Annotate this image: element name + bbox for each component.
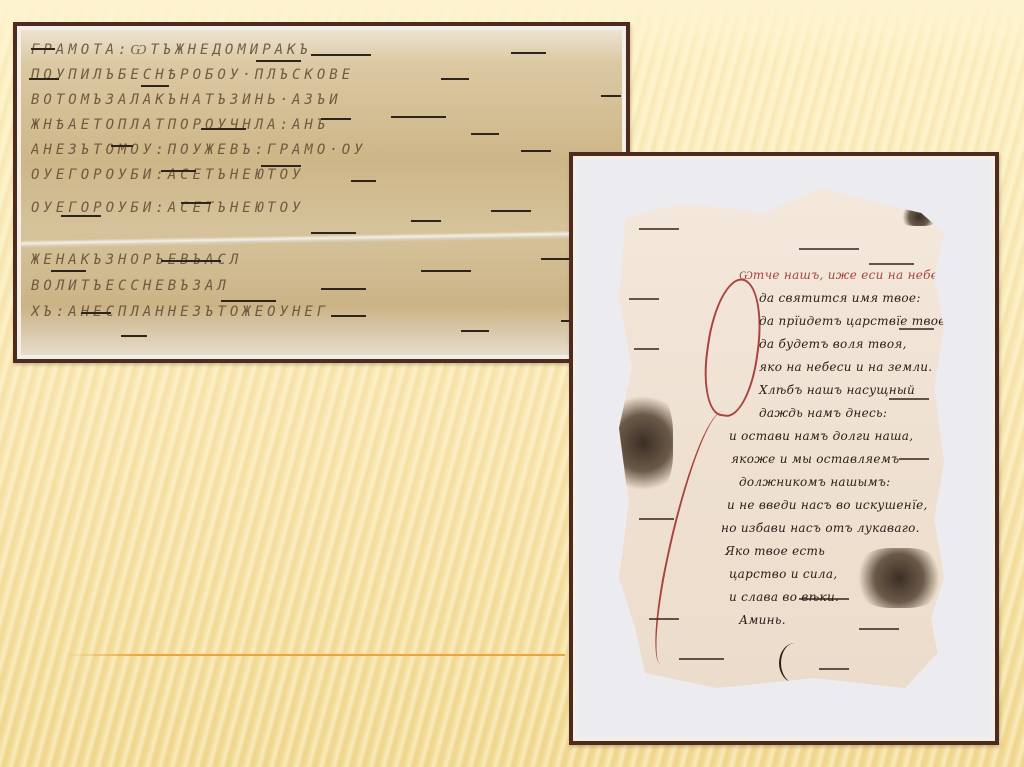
calligraphy-birch-bark-photo: Ѡтче нашъ, иже еси на небесѣхъ! да святи… (577, 160, 991, 737)
bark-text-line: ПОУПИЛЪБЕСНѢРОБОУ·ПЛЪСКОВЕ (31, 67, 612, 81)
manuscript-line: да прїидетъ царствїе твое: (759, 314, 950, 328)
manuscript-line: даждь намъ днесь: (759, 406, 887, 420)
manuscript-line: царство и сила, (729, 567, 837, 581)
bark-knot (854, 548, 944, 608)
ancient-birch-bark-photo-frame: ГРАМОТА:ѠТЪЖНЕДОМИРАКЪ ПОУПИЛЪБЕСНѢРОБОУ… (13, 22, 630, 363)
bark-knot (613, 388, 673, 498)
manuscript-line: Ѡтче нашъ, иже еси на небесѣхъ! (739, 268, 977, 283)
manuscript-line: да будетъ воля твоя, (759, 337, 907, 351)
presentation-slide: ГРАМОТА:ѠТЪЖНЕДОМИРАКЪ ПОУПИЛЪБЕСНѢРОБОУ… (0, 0, 1024, 767)
manuscript-line: но избави насъ отъ лукаваго. (721, 521, 920, 535)
birch-bark-sheet: Ѡтче нашъ, иже еси на небесѣхъ! да святи… (619, 188, 944, 688)
manuscript-line: и слава во вѣки. (729, 590, 839, 604)
accent-horizontal-rule (65, 654, 565, 656)
manuscript-line: якоже и мы оставляемъ (731, 452, 899, 466)
bark-text-line: ВОТОМЪЗАЛАКЪНАТЪЗИНЬ·АЗЪИ (31, 92, 612, 106)
ancient-birch-bark-photo: ГРАМОТА:ѠТЪЖНЕДОМИРАКЪ ПОУПИЛЪБЕСНѢРОБОУ… (21, 30, 622, 355)
bark-knot (899, 208, 939, 226)
bark-text-line: ЖЕНАКЪЗНОРЪЕВЪАСЛ (31, 252, 612, 266)
manuscript-line: и не введи насъ во искушенїе, (727, 498, 928, 512)
manuscript-line: должникомъ нашымъ: (739, 475, 891, 489)
bark-text-line: ХЪ:АНЕСПЛАННЕЗЪТОЖЕОУНЕГ (31, 304, 612, 318)
decorated-initial-letter (698, 275, 769, 420)
closing-flourish (779, 643, 811, 683)
calligraphy-birch-bark-photo-frame: Ѡтче нашъ, иже еси на небесѣхъ! да святи… (569, 152, 999, 745)
manuscript-line: Хлѣбъ нашъ насущный (759, 383, 915, 397)
manuscript-line: Аминь. (739, 613, 786, 627)
manuscript-line: и остави намъ долги наша, (729, 429, 913, 443)
bark-text-line: ОУЕГОРОУБИ:АСЕТЪНЕЮТОУ (31, 167, 612, 181)
manuscript-line: да святится имя твое: (759, 291, 921, 305)
manuscript-line: яко на небеси и на земли. (759, 360, 932, 374)
manuscript-line: Яко твое есть (725, 544, 825, 558)
